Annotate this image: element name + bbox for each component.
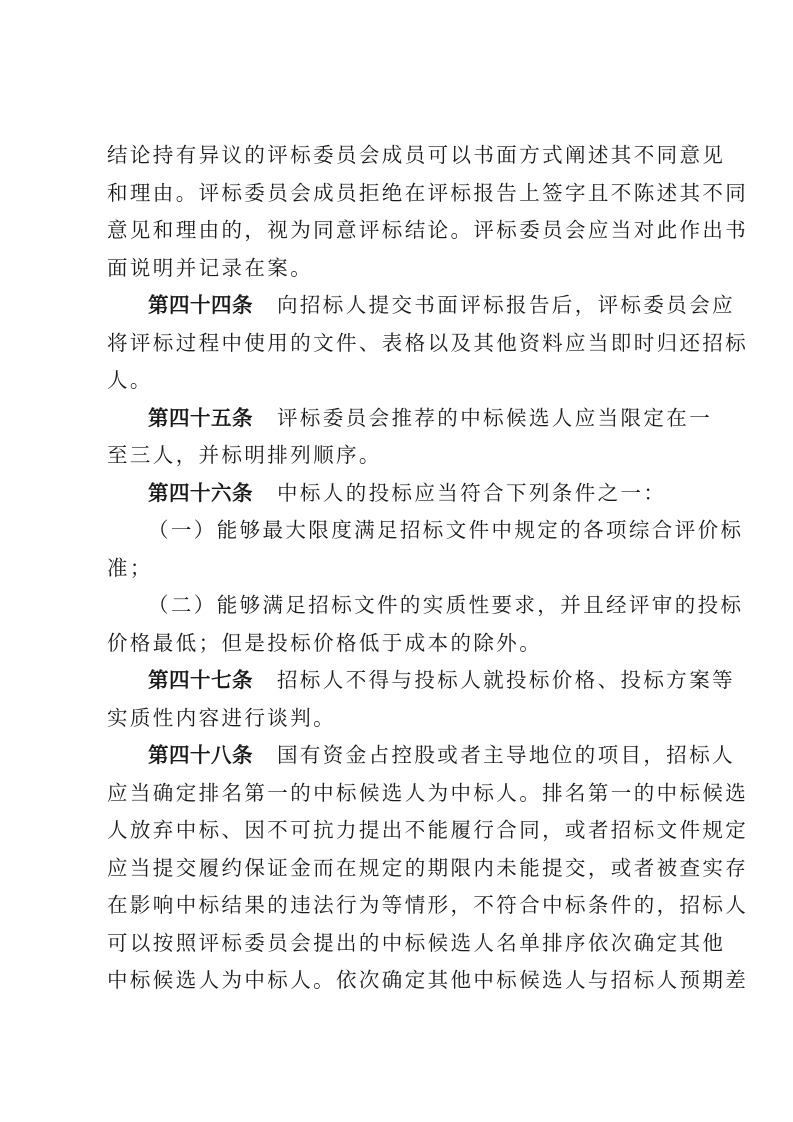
article-text: 向招标人提交书面评标报告后，评标委员会应 xyxy=(277,293,735,317)
text-line: 可以按照评标委员会提出的中标候选人名单排序依次确定其他 xyxy=(107,925,697,963)
article-47: 第四十七条招标人不得与投标人就投标价格、投标方案等 实质性内容进行谈判。 xyxy=(107,662,697,737)
text-line: 在影响中标结果的违法行为等情形，不符合中标条件的，招标人 xyxy=(107,887,697,925)
text-line: 第四十六条中标人的投标应当符合下列条件之一： xyxy=(107,475,697,513)
text-line: 结论持有异议的评标委员会成员可以书面方式阐述其不同意见 xyxy=(107,137,697,175)
article-48: 第四十八条国有资金占控股或者主导地位的项目，招标人 应当确定排名第一的中标候选人… xyxy=(107,737,697,1000)
text-line: 第四十四条向招标人提交书面评标报告后，评标委员会应 xyxy=(107,287,697,325)
article-text: 评标委员会推荐的中标候选人应当限定在一 xyxy=(277,406,712,430)
document-page: 结论持有异议的评标委员会成员可以书面方式阐述其不同意见 和理由。评标委员会成员拒… xyxy=(107,137,697,1000)
text-line: 意见和理由的，视为同意评标结论。评标委员会应当对此作出书 xyxy=(107,212,697,250)
article-text: 招标人不得与投标人就投标价格、投标方案等 xyxy=(277,668,735,692)
text-line: 应当确定排名第一的中标候选人为中标人。排名第一的中标候选 xyxy=(107,775,697,813)
text-line: 第四十八条国有资金占控股或者主导地位的项目，招标人 xyxy=(107,737,697,775)
paragraph-continuation: 结论持有异议的评标委员会成员可以书面方式阐述其不同意见 和理由。评标委员会成员拒… xyxy=(107,137,697,287)
article-46: 第四十六条中标人的投标应当符合下列条件之一： xyxy=(107,475,697,513)
condition-item-2: （二）能够满足招标文件的实质性要求，并且经评审的投标 价格最低；但是投标价格低于… xyxy=(107,587,697,662)
text-line: 面说明并记录在案。 xyxy=(107,250,697,288)
text-line: 至三人，并标明排列顺序。 xyxy=(107,437,697,475)
text-line: 将评标过程中使用的文件、表格以及其他资料应当即时归还招标 xyxy=(107,325,697,363)
article-text: 中标人的投标应当符合下列条件之一： xyxy=(277,481,666,505)
text-line: 实质性内容进行谈判。 xyxy=(107,700,697,738)
text-line: 应当提交履约保证金而在规定的期限内未能提交，或者被查实存 xyxy=(107,850,697,888)
text-line: （一）能够最大限度满足招标文件中规定的各项综合评价标 xyxy=(107,512,697,550)
article-text: 国有资金占控股或者主导地位的项目，招标人 xyxy=(277,743,735,767)
text-line: 和理由。评标委员会成员拒绝在评标报告上签字且不陈述其不同 xyxy=(107,175,697,213)
text-line: 第四十七条招标人不得与投标人就投标价格、投标方案等 xyxy=(107,662,697,700)
article-heading: 第四十四条 xyxy=(148,293,253,317)
article-45: 第四十五条评标委员会推荐的中标候选人应当限定在一 至三人，并标明排列顺序。 xyxy=(107,400,697,475)
text-line: （二）能够满足招标文件的实质性要求，并且经评审的投标 xyxy=(107,587,697,625)
text-line: 中标候选人为中标人。依次确定其他中标候选人与招标人预期差 xyxy=(107,962,697,1000)
article-heading: 第四十八条 xyxy=(148,743,253,767)
article-heading: 第四十七条 xyxy=(148,668,253,692)
text-line: 人。 xyxy=(107,362,697,400)
text-line: 第四十五条评标委员会推荐的中标候选人应当限定在一 xyxy=(107,400,697,438)
text-line: 价格最低；但是投标价格低于成本的除外。 xyxy=(107,625,697,663)
article-44: 第四十四条向招标人提交书面评标报告后，评标委员会应 将评标过程中使用的文件、表格… xyxy=(107,287,697,400)
condition-item-1: （一）能够最大限度满足招标文件中规定的各项综合评价标 准； xyxy=(107,512,697,587)
text-line: 人放弃中标、因不可抗力提出不能履行合同，或者招标文件规定 xyxy=(107,812,697,850)
article-heading: 第四十六条 xyxy=(148,481,253,505)
text-line: 准； xyxy=(107,550,697,588)
article-heading: 第四十五条 xyxy=(148,406,253,430)
